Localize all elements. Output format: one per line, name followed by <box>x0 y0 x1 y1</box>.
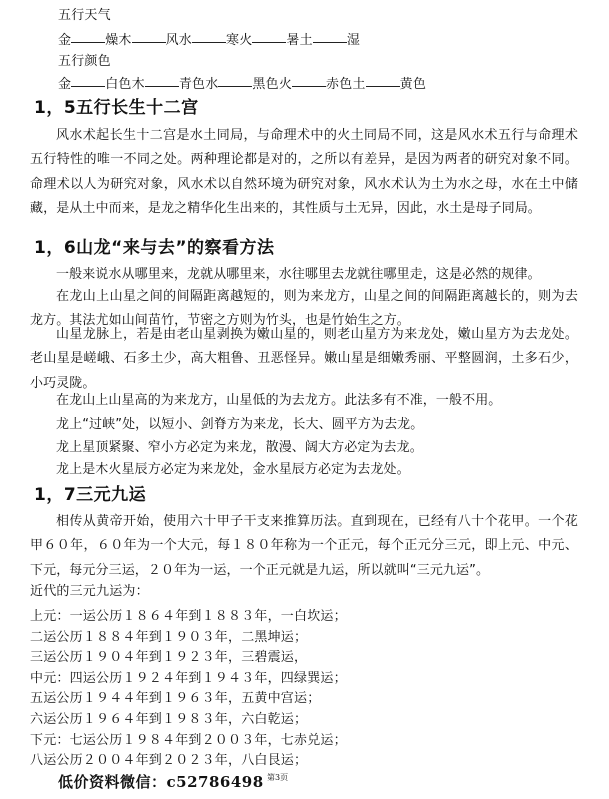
section-heading: 1，6山龙“来与去”的察看方法 <box>34 237 275 259</box>
chain-item: 风水 <box>166 33 192 49</box>
page-number: 第3页 <box>267 772 288 783</box>
section-paragraph: 山星龙脉上，若是由老山星剥换为嫩山星的，则老山星方为来龙处，嫩山星方为去龙处。老… <box>30 323 578 396</box>
chain-dash <box>145 86 179 87</box>
list-item: 二运公历１８８４年到１９０３年，二黑坤运； <box>30 630 307 646</box>
list-intro: 近代的三元九运为： <box>30 584 149 600</box>
chain-dash <box>313 42 347 43</box>
chain-item: 燥木 <box>105 33 131 49</box>
chain-item: 湿 <box>347 33 360 49</box>
wuxing-weather-title: 五行天气 <box>58 8 111 24</box>
chain-item: 金 <box>58 77 71 93</box>
document-page: 五行天气 金 燥木 风水 寒火 暑土 湿 五行颜色 金 白色木 青色水 黑色火 … <box>0 0 609 799</box>
wuxing-weather-chain: 金 燥木 风水 寒火 暑土 湿 <box>58 33 360 49</box>
wuxing-color-title: 五行颜色 <box>58 54 111 70</box>
section-paragraph: 风水术起长生十二宫是水土同局，与命理术中的火土同局不同，这是风水术五行与命理术五… <box>30 124 578 221</box>
chain-dash <box>71 42 105 43</box>
chain-item: 金 <box>58 33 71 49</box>
chain-item: 赤色土 <box>326 77 366 93</box>
section-paragraph: 龙上是木火星辰方必定为来龙处，金水星辰方必定为去龙处。 <box>30 458 578 482</box>
list-item: 上元：一运公历１８６４年到１８８３年，一白坎运； <box>30 609 347 625</box>
list-item: 中元：四运公历１９２４年到１９４３年，四绿巽运； <box>30 671 347 687</box>
chain-dash <box>366 86 400 87</box>
chain-dash <box>252 42 286 43</box>
section-paragraph: 相传从黄帝开始，使用六十甲子干支来推算历法。直到现在，已经有八十个花甲。一个花甲… <box>30 510 578 583</box>
chain-item: 白色木 <box>105 77 145 93</box>
list-item: 八运公历２００４年到２０２３年，八白艮运； <box>30 753 307 769</box>
footer-contact-note: 低价资料微信：c52786498 <box>58 771 264 792</box>
section-paragraph: 一般来说水从哪里来，龙就从哪里来，水往哪里去龙就往哪里走，这是必然的规律。 <box>30 263 578 287</box>
chain-item: 青色水 <box>179 77 219 93</box>
section-heading: 1，7三元九运 <box>34 484 146 506</box>
chain-dash <box>292 86 326 87</box>
chain-dash <box>71 86 105 87</box>
wuxing-color-chain: 金 白色木 青色水 黑色火 赤色土 黄色 <box>58 77 426 93</box>
chain-item: 寒火 <box>226 33 252 49</box>
chain-item: 黑色火 <box>252 77 292 93</box>
chain-dash <box>218 86 252 87</box>
chain-dash <box>132 42 166 43</box>
chain-item: 黄色 <box>400 77 426 93</box>
chain-dash <box>192 42 226 43</box>
list-item: 三运公历１９０４年到１９２３年，三碧震运， <box>30 650 307 666</box>
section-paragraph: 在龙山上山星高的为来龙方，山星低的为去龙方。此法多有不准，一般不用。 <box>30 389 578 413</box>
list-item: 五运公历１９４４年到１９６３年，五黄中宫运； <box>30 691 320 707</box>
section-paragraph: 龙上“过峡”处，以短小、剑脊方为来龙，长大、圆平方为去龙。 <box>30 413 578 437</box>
section-paragraph: 龙上星顶紧聚、窄小方必定为来龙，散漫、阔大方必定为去龙。 <box>30 436 578 460</box>
section-heading: 1，5五行长生十二宫 <box>34 97 199 119</box>
list-item: 下元：七运公历１９８４年到２００３年，七赤兑运； <box>30 733 347 749</box>
chain-item: 暑土 <box>286 33 312 49</box>
list-item: 六运公历１９６４年到１９８３年，六白乾运； <box>30 712 307 728</box>
